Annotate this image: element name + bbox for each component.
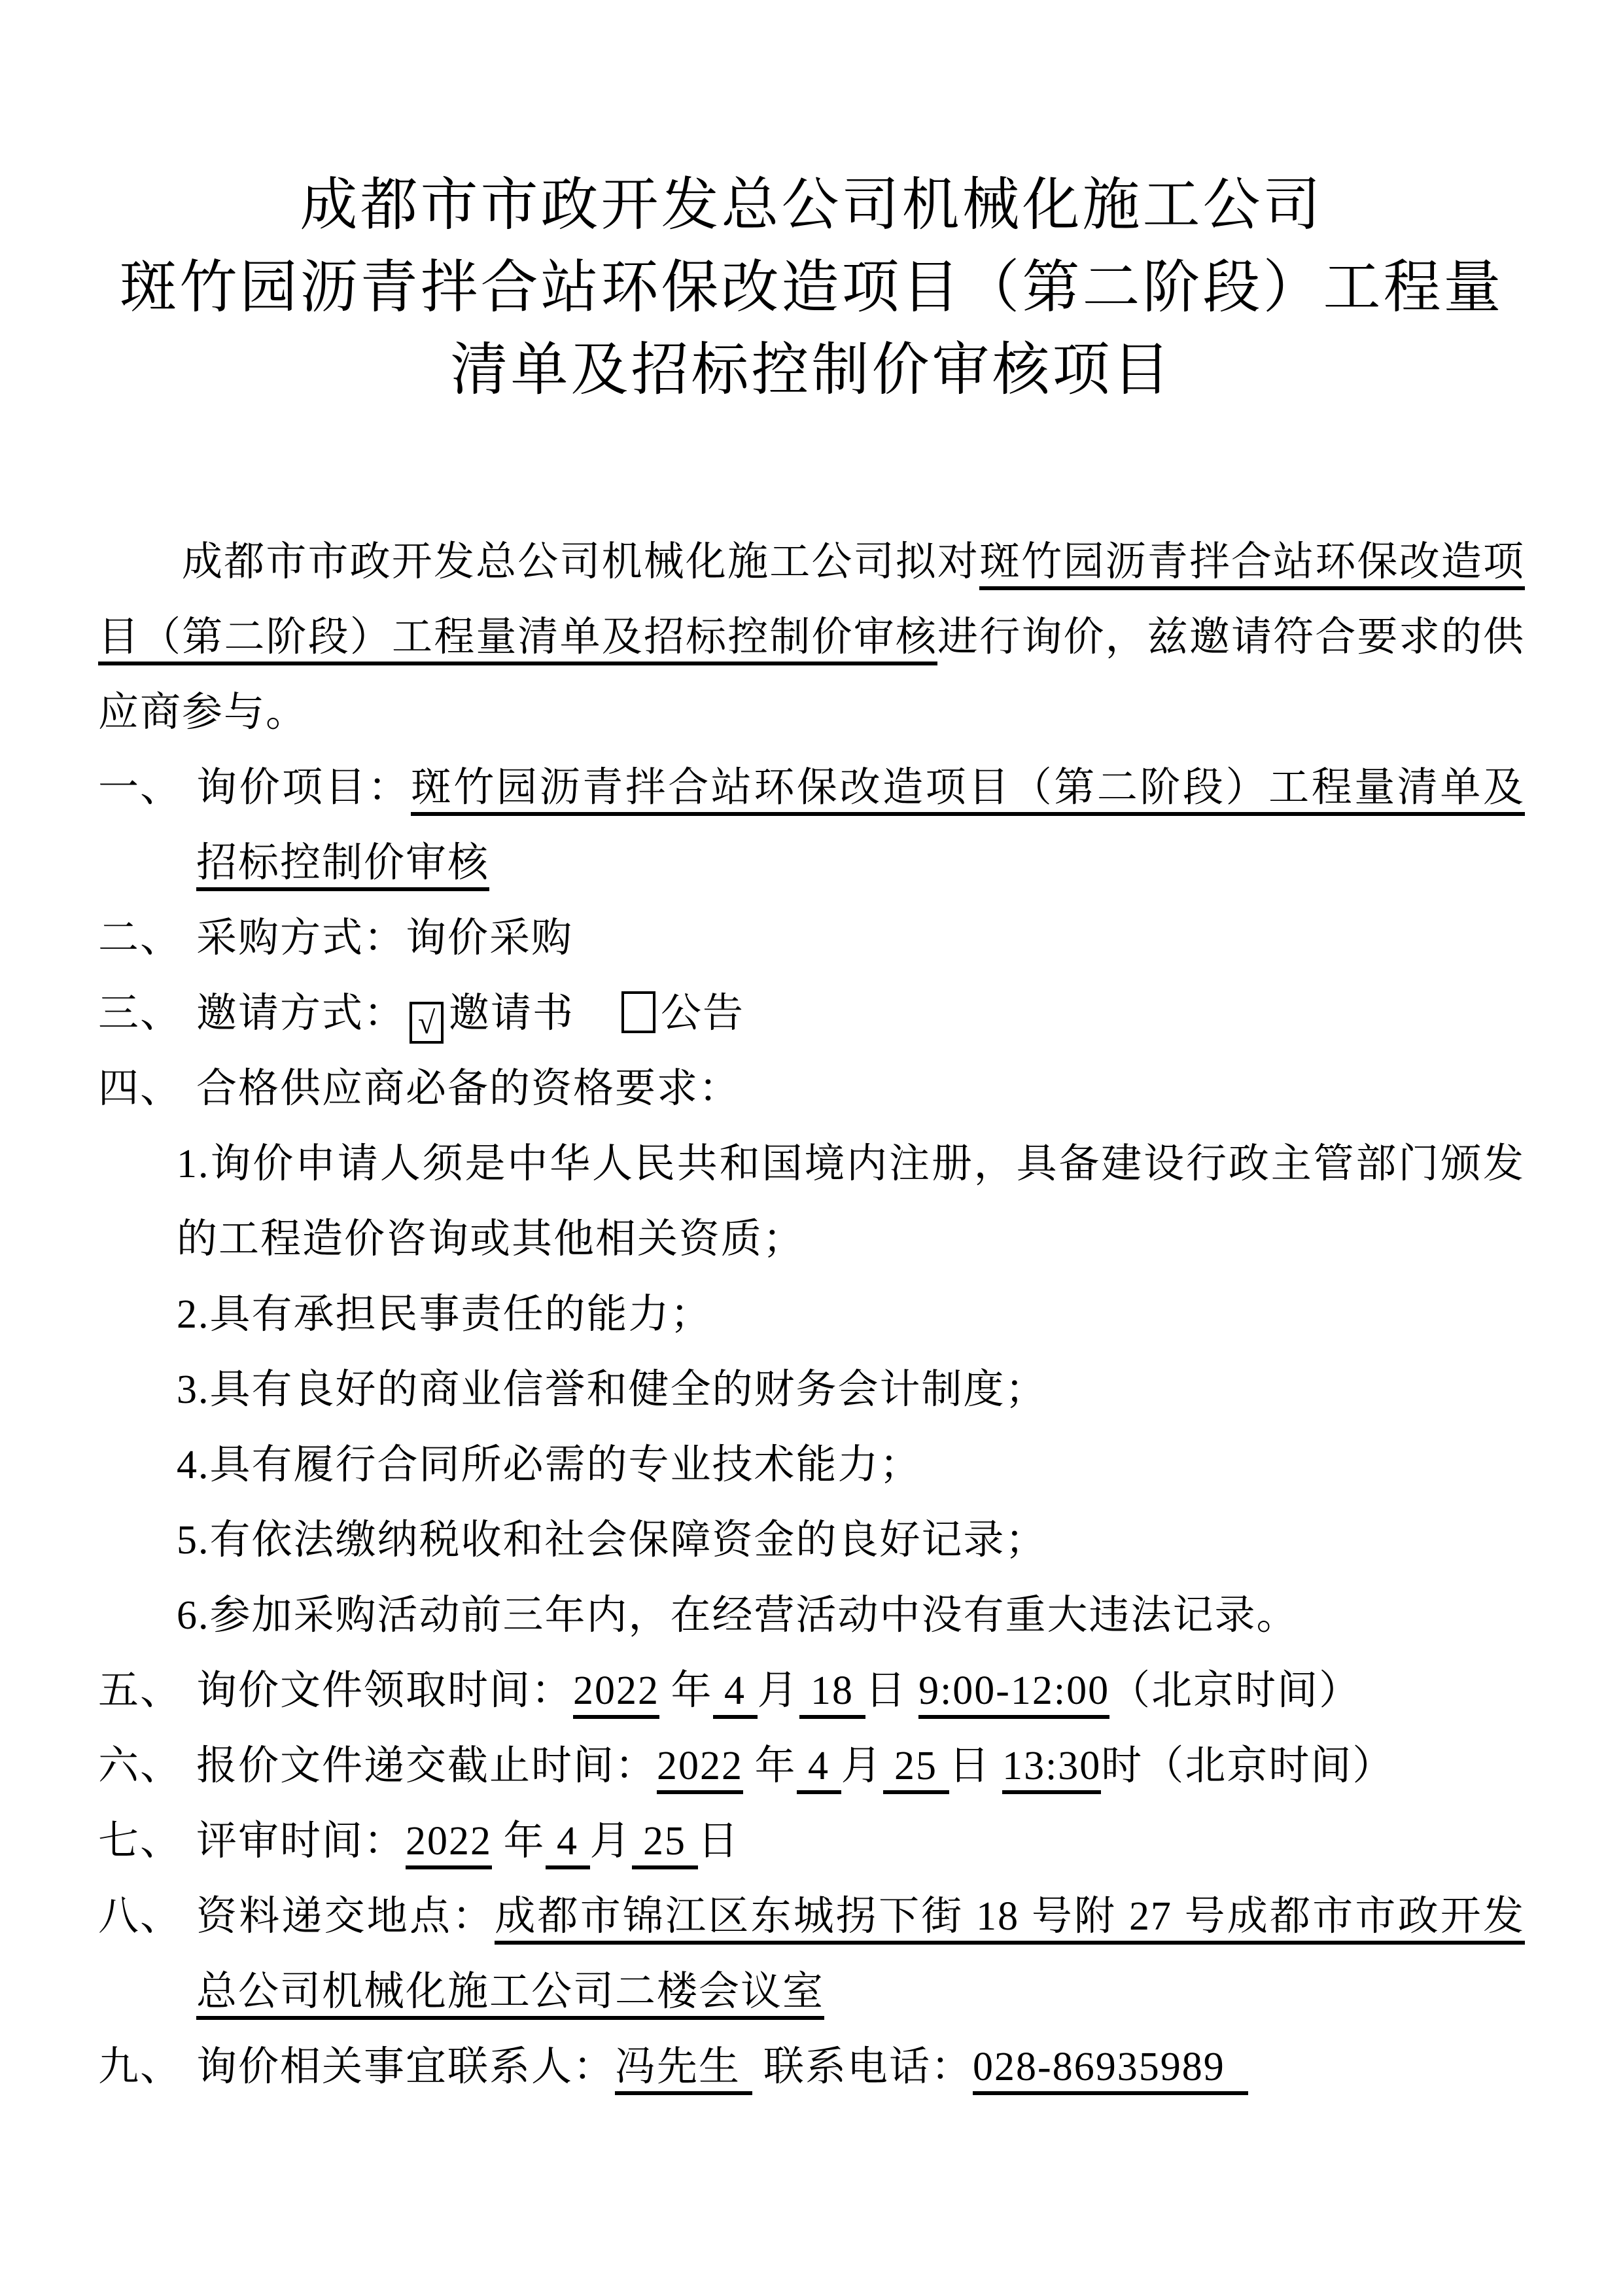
- item-2-procurement-method: 二、采购方式：询价采购: [98, 901, 1525, 976]
- item-3-option-invitation-letter: 邀请书: [449, 991, 574, 1036]
- item-7-number: 七、: [98, 1804, 196, 1879]
- item-5-label: 询价文件领取时间：: [196, 1669, 573, 1713]
- qualification-sub-item-1: 1.询价申请人须是中华人民共和国境内注册，具备建设行政主管部门颁发的工程造价咨询…: [98, 1127, 1525, 1277]
- item-5-year-value: 2022: [573, 1669, 659, 1719]
- item-3-option-announcement: 公告: [661, 991, 744, 1036]
- item-7-month-unit: 月: [590, 1819, 632, 1863]
- item-5-timezone-note: （北京时间）: [1109, 1669, 1361, 1713]
- document-title: 成都市市政开发总公司机械化施工公司 斑竹园沥青拌合站环保改造项目（第二阶段）工程…: [98, 165, 1525, 412]
- item-5-year-unit: 年: [659, 1669, 713, 1713]
- item-5-time-range-value: 9:00-12:00: [918, 1669, 1109, 1719]
- document-title-line-3: 清单及招标控制价审核项目: [98, 330, 1525, 412]
- item-5-document-collection-time: 五、询价文件领取时间：2022 年 4 月 18 日 9:00-12:00（北京…: [98, 1653, 1525, 1729]
- item-1-label: 询价项目：: [196, 766, 411, 810]
- qualification-sub-item-6: 6.参加采购活动前三年内，在经营活动中没有重大违法记录。: [98, 1578, 1525, 1653]
- qualification-sub-item-5: 5.有依法缴纳税收和社会保障资金的良好记录；: [98, 1503, 1525, 1578]
- item-6-time-unit: 时: [1101, 1744, 1143, 1788]
- item-8-submission-location: 八、资料递交地点：成都市锦江区东城拐下街 18 号附 27 号成都市市政开发总公…: [98, 1879, 1525, 2030]
- item-7-review-time: 七、评审时间：2022 年 4 月 25 日: [98, 1804, 1525, 1879]
- intro-paragraph: 成都市市政开发总公司机械化施工公司拟对斑竹园沥青拌合站环保改造项目（第二阶段）工…: [98, 525, 1525, 751]
- document-title-line-1: 成都市市政开发总公司机械化施工公司: [98, 165, 1525, 247]
- item-6-time-value: 13:30: [1002, 1744, 1101, 1794]
- item-5-month-unit: 月: [758, 1669, 799, 1713]
- item-6-number: 六、: [98, 1729, 196, 1804]
- checkbox-invitation-letter-checked: √: [410, 1002, 444, 1044]
- item-5-month-value: 4: [713, 1669, 758, 1719]
- document-page: 成都市市政开发总公司机械化施工公司 斑竹园沥青拌合站环保改造项目（第二阶段）工程…: [0, 0, 1623, 2296]
- document-title-line-2: 斑竹园沥青拌合站环保改造项目（第二阶段）工程量: [98, 247, 1525, 330]
- item-2-value: 询价采购: [406, 916, 573, 961]
- item-7-year-unit: 年: [492, 1819, 546, 1863]
- item-6-submission-deadline: 六、报价文件递交截止时间：2022 年 4 月 25 日 13:30时（北京时间…: [98, 1729, 1525, 1804]
- item-5-day-unit: 日: [865, 1669, 919, 1713]
- item-7-day-value: 25: [632, 1819, 698, 1869]
- item-1-number: 一、: [98, 751, 196, 826]
- item-7-label: 评审时间：: [196, 1819, 406, 1863]
- item-6-timezone-note: （北京时间）: [1143, 1744, 1394, 1788]
- item-5-day-value: 18: [799, 1669, 865, 1719]
- item-7-day-unit: 日: [698, 1819, 740, 1863]
- document-body: 成都市市政开发总公司机械化施工公司拟对斑竹园沥青拌合站环保改造项目（第二阶段）工…: [98, 525, 1525, 2105]
- item-8-label: 资料递交地点：: [196, 1894, 495, 1939]
- item-1-inquiry-project: 一、询价项目：斑竹园沥青拌合站环保改造项目（第二阶段）工程量清单及招标控制价审核: [98, 751, 1525, 901]
- item-3-number: 三、: [98, 976, 196, 1051]
- item-9-label: 询价相关事宜联系人：: [196, 2045, 615, 2089]
- item-8-number: 八、: [98, 1879, 196, 1954]
- item-6-month-value: 4: [797, 1744, 841, 1794]
- item-7-month-value: 4: [546, 1819, 590, 1869]
- item-6-label: 报价文件递交截止时间：: [196, 1744, 657, 1788]
- item-3-invitation-method: 三、邀请方式：√邀请书公告: [98, 976, 1525, 1051]
- item-9-phone-label: 联系电话：: [752, 2045, 973, 2089]
- intro-lead-text: 成都市市政开发总公司机械化施工公司拟对: [182, 540, 979, 584]
- qualification-sub-item-3: 3.具有良好的商业信誉和健全的财务会计制度；: [98, 1352, 1525, 1428]
- item-6-day-value: 25: [883, 1744, 949, 1794]
- item-6-year-value: 2022: [657, 1744, 743, 1794]
- item-4-supplier-qualifications: 四、合格供应商必备的资格要求：: [98, 1051, 1525, 1127]
- item-6-day-unit: 日: [949, 1744, 1003, 1788]
- item-9-number: 九、: [98, 2030, 196, 2105]
- qualification-sub-item-2: 2.具有承担民事责任的能力；: [98, 1277, 1525, 1352]
- item-9-contact-info: 九、询价相关事宜联系人：冯先生 联系电话：028-86935989: [98, 2030, 1525, 2105]
- item-6-year-unit: 年: [743, 1744, 797, 1788]
- qualification-sub-item-4: 4.具有履行合同所必需的专业技术能力；: [98, 1428, 1525, 1503]
- checkbox-announcement-empty: [621, 991, 655, 1033]
- item-4-number: 四、: [98, 1051, 196, 1127]
- item-7-year-value: 2022: [406, 1819, 492, 1869]
- item-5-number: 五、: [98, 1653, 196, 1729]
- item-4-label: 合格供应商必备的资格要求：: [196, 1067, 741, 1111]
- item-2-number: 二、: [98, 901, 196, 976]
- item-2-label: 采购方式：: [196, 916, 406, 961]
- item-3-label: 邀请方式：: [196, 991, 406, 1036]
- item-9-contact-person: 冯先生: [615, 2045, 752, 2095]
- item-9-phone-number: 028-86935989: [973, 2045, 1248, 2095]
- item-6-month-unit: 月: [841, 1744, 883, 1788]
